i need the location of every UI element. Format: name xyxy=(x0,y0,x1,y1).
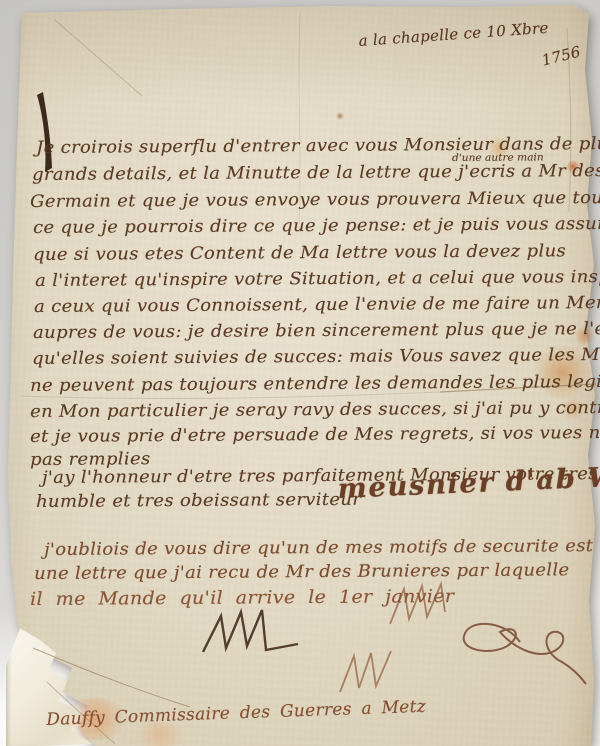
closing-line: humble et tres obeissant serviteur xyxy=(36,490,361,512)
postscript-line: il me Mande qu'il arrive le 1er janvier xyxy=(30,586,454,610)
letter-line: que si vous etes Content de Ma lettre vo… xyxy=(33,241,566,265)
letter-line: grands details, et la Minutte de la lett… xyxy=(32,161,600,185)
letter-line: a l'interet qu'inspire votre Situation, … xyxy=(35,267,600,291)
letter-line: a ceux qui vous Connoissent, que l'envie… xyxy=(34,293,600,317)
postscript-line: j'oubliois de vous dire qu'un de mes mot… xyxy=(44,536,593,560)
postscript-line: une lettre que j'ai recu de Mr des Bruni… xyxy=(34,560,570,584)
photo-of-manuscript-letter: a la chapelle ce 10 Xbre 1756 Je croiroi… xyxy=(0,0,600,746)
letter-line: ce que je pourrois dire ce que je pense:… xyxy=(33,214,600,238)
letter-line: ne peuvent pas toujours entendre les dem… xyxy=(30,372,600,396)
letter-line: aupres de vous: je desire bien sincereme… xyxy=(33,319,600,343)
letter-line: qu'elles soient suivies de succes: mais … xyxy=(32,345,600,369)
letter-line: et je vous prie d'etre persuade de Mes r… xyxy=(30,423,600,447)
letter-line: en Mon particulier je seray ravy des suc… xyxy=(30,398,600,422)
letter-line: Germain et que je vous envoye vous prouv… xyxy=(30,188,600,212)
